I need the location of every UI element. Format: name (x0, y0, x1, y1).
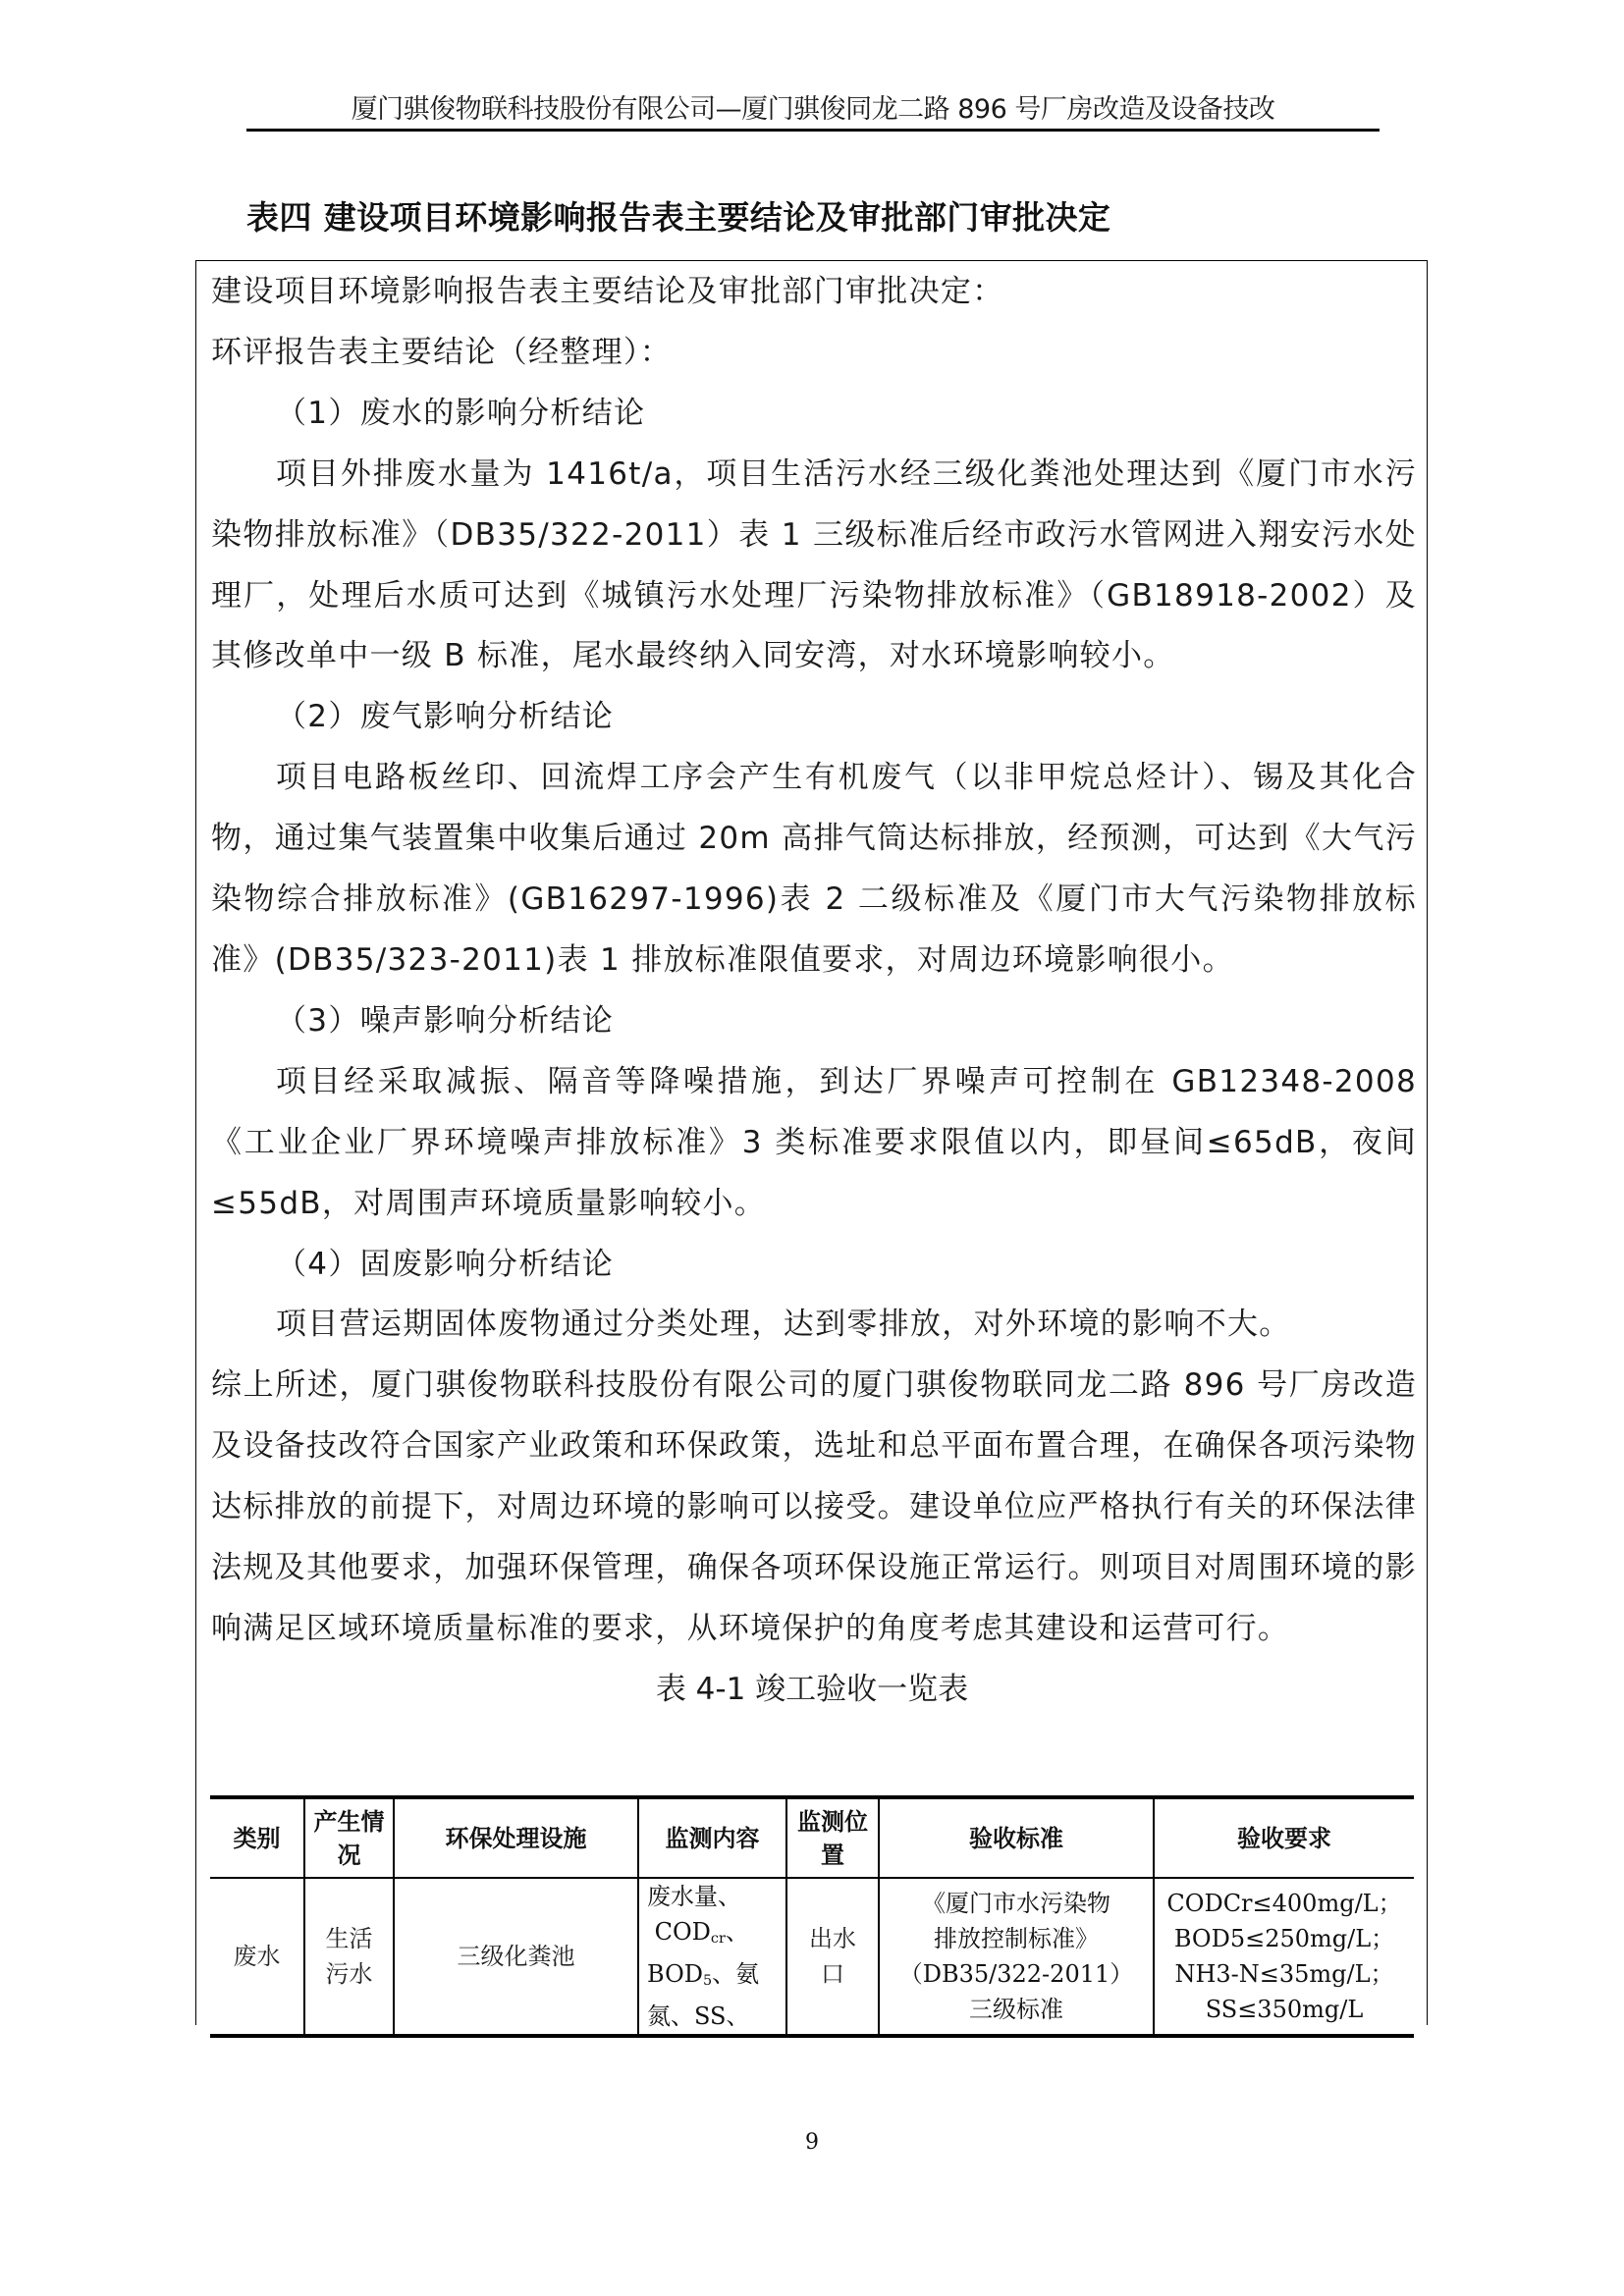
solid-waste-text: 项目营运期固体废物通过分类处理，达到零排放，对外环境的影响不大。 (211, 1295, 1417, 1356)
cell-facility: 三级化粪池 (394, 1878, 638, 2036)
cell-category: 废水 (210, 1878, 304, 2036)
cell-standard: 《厦门市水污染物 排放控制标准》 （DB35/322-2011） 三级标准 (879, 1878, 1154, 2036)
column-header-monitoring-content: 监测内容 (638, 1797, 786, 1878)
solid-waste-heading: （4）固废影响分析结论 (211, 1235, 1417, 1296)
body-text: 建设项目环境影响报告表主要结论及审批部门审批决定： 环评报告表主要结论（经整理）… (211, 262, 1417, 1721)
column-header-requirements: 验收要求 (1154, 1797, 1414, 1878)
column-header-category: 类别 (210, 1797, 304, 1878)
table-caption: 表 4-1 竣工验收一览表 (211, 1660, 1417, 1721)
running-header: 厦门骐俊物联科技股份有限公司—厦门骐俊同龙二路 896 号厂房改造及设备技改 (246, 92, 1380, 128)
table-row: 废水 生活污水 三级化粪池 废水量、 CODcr、 BOD5、氨 氮、SS、 出… (210, 1878, 1414, 2036)
cell-requirements: CODCr≤400mg/L； BOD5≤250mg/L； NH3-N≤35mg/… (1154, 1878, 1414, 2036)
noise-text: 项目经采取减振、隔音等降噪措施，到达厂界噪声可控制在 GB12348-2008《… (211, 1052, 1417, 1235)
conclusion-text: 综上所述，厦门骐俊物联科技股份有限公司的厦门骐俊物联同龙二路 896 号厂房改造… (211, 1356, 1417, 1660)
exhaust-gas-heading: （2）废气影响分析结论 (211, 687, 1417, 748)
noise-heading: （3）噪声影响分析结论 (211, 991, 1417, 1052)
page-number: 9 (763, 2128, 861, 2158)
cell-monitoring-content: 废水量、 CODcr、 BOD5、氨 氮、SS、 (638, 1878, 786, 2036)
acceptance-table: 类别 产生情况 环保处理设施 监测内容 监测位置 验收标准 验收要求 废水 生活… (210, 1795, 1414, 2038)
cell-monitoring-location: 出水口 (786, 1878, 879, 2036)
table-header-row: 类别 产生情况 环保处理设施 监测内容 监测位置 验收标准 验收要求 (210, 1797, 1414, 1878)
wastewater-heading: （1）废水的影响分析结论 (211, 384, 1417, 445)
header-rule (246, 129, 1380, 132)
intro-label: 建设项目环境影响报告表主要结论及审批部门审批决定： (211, 262, 1417, 323)
summary-label: 环评报告表主要结论（经整理）： (211, 323, 1417, 384)
wastewater-text: 项目外排废水量为 1416t/a，项目生活污水经三级化粪池处理达到《厦门市水污染… (211, 445, 1417, 688)
column-header-source: 产生情况 (304, 1797, 394, 1878)
column-header-facility: 环保处理设施 (394, 1797, 638, 1878)
section-title: 表四 建设项目环境影响报告表主要结论及审批部门审批决定 (246, 196, 1110, 240)
column-header-standard: 验收标准 (879, 1797, 1154, 1878)
exhaust-gas-text: 项目电路板丝印、回流焊工序会产生有机废气（以非甲烷总烃计）、锡及其化合物，通过集… (211, 748, 1417, 991)
cell-source: 生活污水 (304, 1878, 394, 2036)
column-header-monitoring-location: 监测位置 (786, 1797, 879, 1878)
